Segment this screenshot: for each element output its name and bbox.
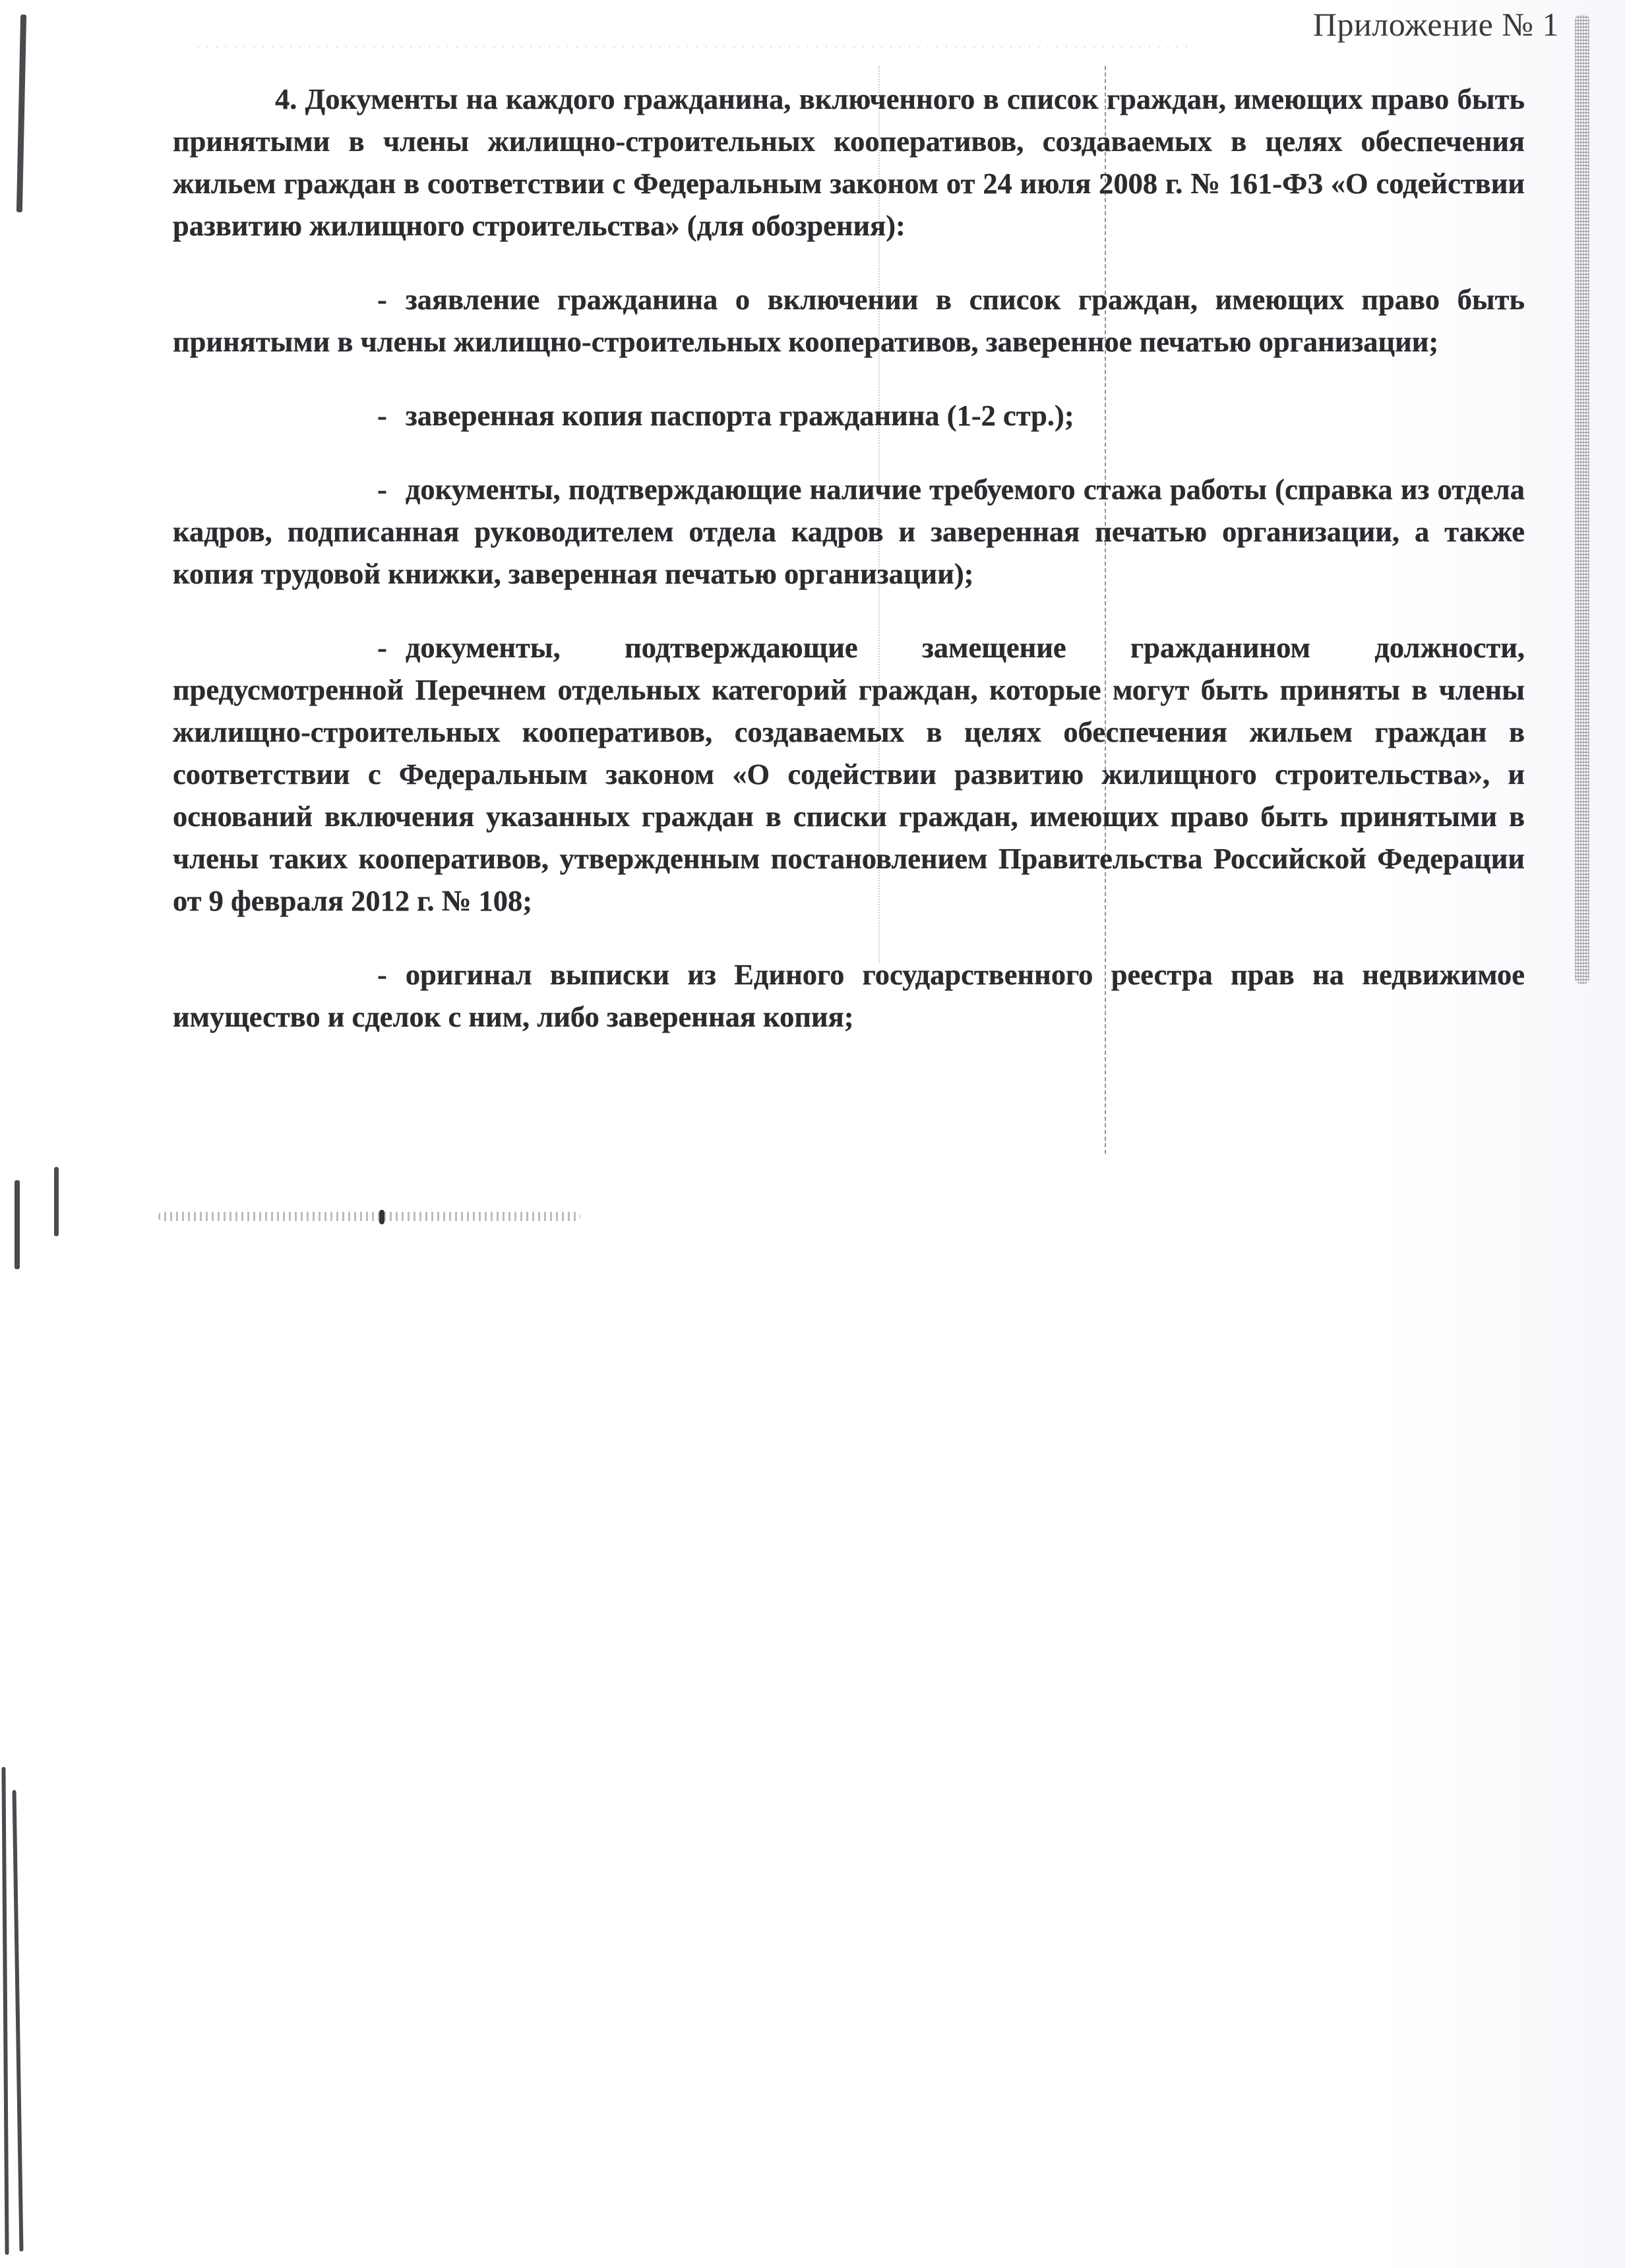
paragraph-item-4: 4. Документы на каждого гражданина, вклю… xyxy=(173,78,1525,247)
document-body: 4. Документы на каждого гражданина, вклю… xyxy=(173,78,1525,1069)
scan-edge-speckle xyxy=(1575,15,1589,984)
list-item-passport-copy: -заверенная копия паспорта гражданина (1… xyxy=(173,394,1525,436)
left-edge-mark-bottom-2 xyxy=(13,1790,24,2252)
appendix-title: Приложение № 1 xyxy=(1313,5,1559,44)
left-edge-mark-top xyxy=(16,15,26,212)
dash-marker: - xyxy=(275,468,387,510)
scan-smudge-dot xyxy=(379,1210,384,1224)
left-edge-mark-bottom-1 xyxy=(1,1767,9,2255)
list-item-text: документы, подтверждающие замещение граж… xyxy=(173,631,1525,917)
left-edge-mark-middle-2 xyxy=(54,1167,59,1236)
scan-smudge xyxy=(158,1212,580,1221)
dash-marker: - xyxy=(275,394,387,436)
dash-marker: - xyxy=(275,278,387,320)
scan-noise-top xyxy=(198,46,1187,49)
list-item-position-confirmation: -документы, подтверждающие замещение гра… xyxy=(173,626,1525,922)
list-item-registry-extract: -оригинал выписки из Единого государстве… xyxy=(173,953,1525,1038)
dash-marker: - xyxy=(275,626,387,669)
list-item-text: заверенная копия паспорта гражданина (1-… xyxy=(406,399,1074,432)
dash-marker: - xyxy=(275,953,387,996)
left-edge-mark-middle-1 xyxy=(15,1180,20,1269)
list-item-work-experience: -документы, подтверждающие наличие требу… xyxy=(173,468,1525,595)
scanned-page: Приложение № 1 4. Документы на каждого г… xyxy=(0,0,1625,2268)
list-item-application: -заявление гражданина о включении в спис… xyxy=(173,278,1525,363)
